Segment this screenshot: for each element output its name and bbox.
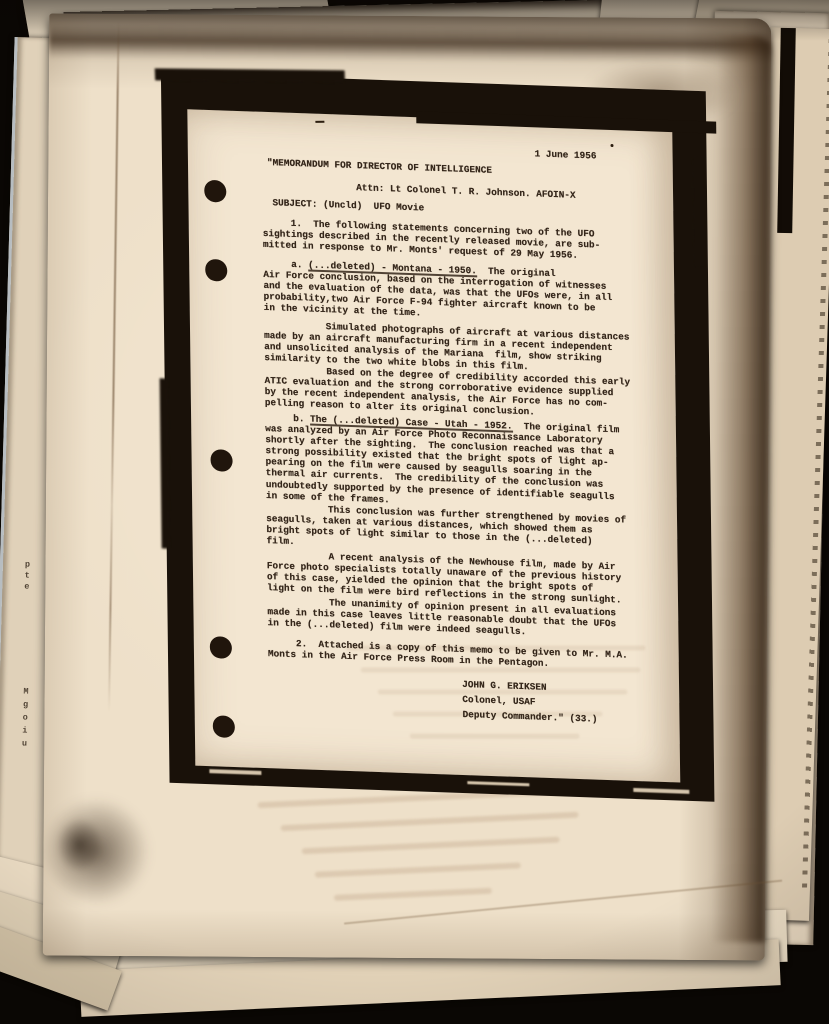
attention-line: Attn: Lt Colonel T. R. Johnson. AFOIN-X: [356, 182, 576, 201]
right-edge-smudge: [711, 36, 771, 942]
bottom-left-smudge-core: [48, 809, 111, 881]
stray-toner-mark: [315, 121, 324, 123]
memo-text: 1 June 1956 "MEMORANDUM FOR DIRECTOR OF …: [181, 109, 675, 786]
paragraph-a-montana: a. (...deleted) - Montana - 1950. The or…: [263, 258, 612, 326]
date-line: 1 June 1956: [535, 148, 597, 161]
memo-sheet: 1 June 1956 "MEMORANDUM FOR DIRECTOR OF …: [43, 13, 772, 960]
stray-toner-mark: [610, 144, 613, 147]
clipped-letter-fragments-lower: M g o i u: [22, 685, 29, 750]
frame-white-nick: [633, 788, 689, 794]
vertical-crease-line: [108, 22, 120, 712]
frame-rough-edge: [160, 378, 170, 548]
memo-heading: "MEMORANDUM FOR DIRECTOR OF INTELLIGENCE: [267, 157, 492, 176]
subject-line: SUBJECT: (Uncld) UFO Movie: [272, 197, 424, 213]
signature-block: JOHN G. ERIKSEN Colonel, USAF Deputy Com…: [462, 677, 598, 727]
photocopy-frame: 1 June 1956 "MEMORANDUM FOR DIRECTOR OF …: [161, 72, 715, 801]
paragraph-1: 1. The following statements concerning t…: [263, 217, 601, 262]
frame-rough-edge: [693, 157, 706, 267]
frame-white-nick: [467, 781, 529, 786]
frame-rough-edge: [155, 68, 345, 82]
photo-of-document-stack: p t e M g o i u: [0, 0, 829, 1024]
clipped-letter-fragments-upper: p t e: [24, 559, 30, 592]
